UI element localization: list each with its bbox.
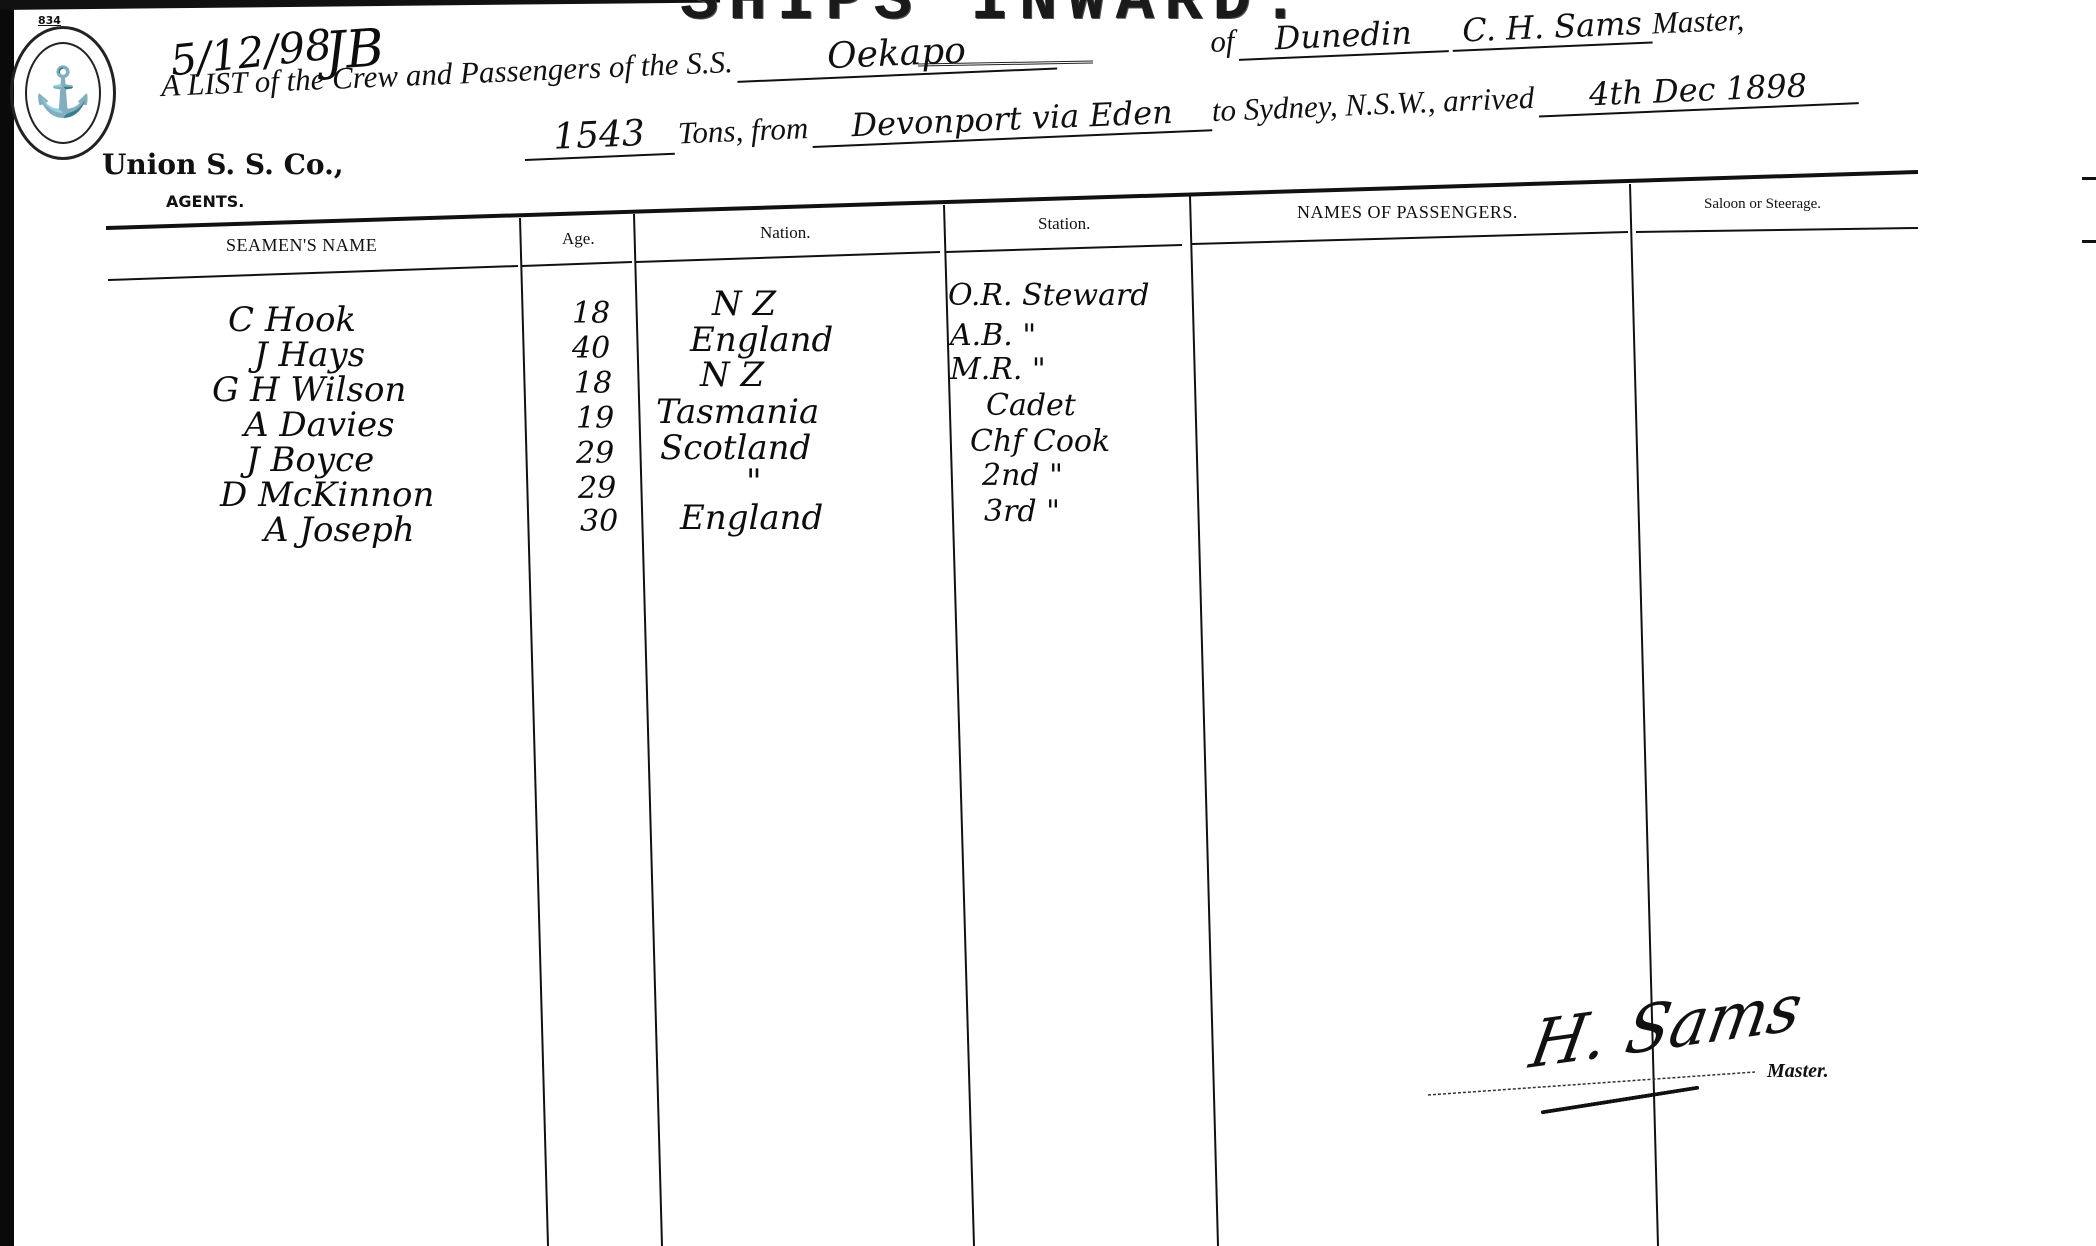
row-2-name: J Hays xyxy=(254,335,365,375)
row-7-station: 3rd " xyxy=(984,494,1060,529)
row-2-station: A.B. " xyxy=(950,318,1036,353)
col-header-age: Age. xyxy=(562,229,595,249)
row-7-nation: England xyxy=(680,498,823,538)
scan-mark xyxy=(2082,177,2096,180)
destination-label: to Sydney, N.S.W., arrived xyxy=(1211,80,1535,128)
master-signature: H. Sams xyxy=(1525,970,1808,1084)
row-5-station: Chf Cook xyxy=(970,424,1110,459)
row-5-name: J Boyce xyxy=(246,440,374,480)
col-header-nation: Nation. xyxy=(760,223,811,243)
col-header-station: Station. xyxy=(1038,214,1090,234)
row-1-name: C Hook xyxy=(228,300,356,340)
agent-company: Union S. S. Co., xyxy=(102,148,344,181)
col-header-passengers: NAMES OF PASSENGERS. xyxy=(1297,202,1518,223)
home-port: Dunedin xyxy=(1238,12,1449,61)
col-header-saloon-steerage: Saloon or Steerage. xyxy=(1704,196,1821,213)
row-6-station: 2nd " xyxy=(982,458,1063,493)
master-label: Master, xyxy=(1651,2,1745,41)
row-6-nation: " xyxy=(746,462,762,502)
col-header-seamen-name: SEAMEN'S NAME xyxy=(226,235,377,256)
master-signature-label: Master. xyxy=(1767,1060,1829,1083)
shipping-masters-stamp: ⚓ xyxy=(10,26,116,160)
row-4-age: 19 xyxy=(576,401,614,436)
of-label: of xyxy=(1210,23,1236,59)
scan-border-left xyxy=(0,0,14,1246)
agents-label: AGENTS. xyxy=(166,192,244,211)
stamp-inner-ring: ⚓ xyxy=(25,42,101,144)
anchor-icon: ⚓ xyxy=(33,69,93,117)
arrival-date: 4th Dec 1898 xyxy=(1537,64,1858,117)
signature-flourish xyxy=(1541,1086,1700,1115)
row-3-name: G H Wilson xyxy=(212,370,406,410)
row-3-age: 18 xyxy=(574,366,612,401)
row-1-age: 18 xyxy=(572,296,610,331)
row-1-nation: N Z xyxy=(712,284,776,324)
stamp-number: 834 xyxy=(38,14,61,27)
row-5-nation: Scotland xyxy=(660,428,811,468)
scan-mark xyxy=(2082,240,2096,243)
row-2-nation: England xyxy=(690,320,833,360)
scan-border-top xyxy=(0,0,720,10)
row-6-age: 29 xyxy=(578,471,616,506)
tons-from-label: Tons, from xyxy=(677,110,809,150)
row-7-name: A Joseph xyxy=(264,510,415,550)
row-3-station: M.R. " xyxy=(950,352,1046,387)
master-name: C. H. Sams xyxy=(1451,4,1652,52)
row-4-name: A Davies xyxy=(244,405,395,445)
row-6-name: D McKinnon xyxy=(220,475,434,515)
origin-port: Devonport via Eden xyxy=(811,91,1212,148)
row-4-nation: Tasmania xyxy=(656,392,819,432)
row-1-station: O.R. Steward xyxy=(948,278,1150,313)
row-4-station: Cadet xyxy=(986,388,1076,423)
row-5-age: 29 xyxy=(576,436,614,471)
tonnage: 1543 xyxy=(523,112,675,161)
row-7-age: 30 xyxy=(580,504,618,539)
row-2-age: 40 xyxy=(572,331,610,366)
row-3-nation: N Z xyxy=(700,355,764,395)
